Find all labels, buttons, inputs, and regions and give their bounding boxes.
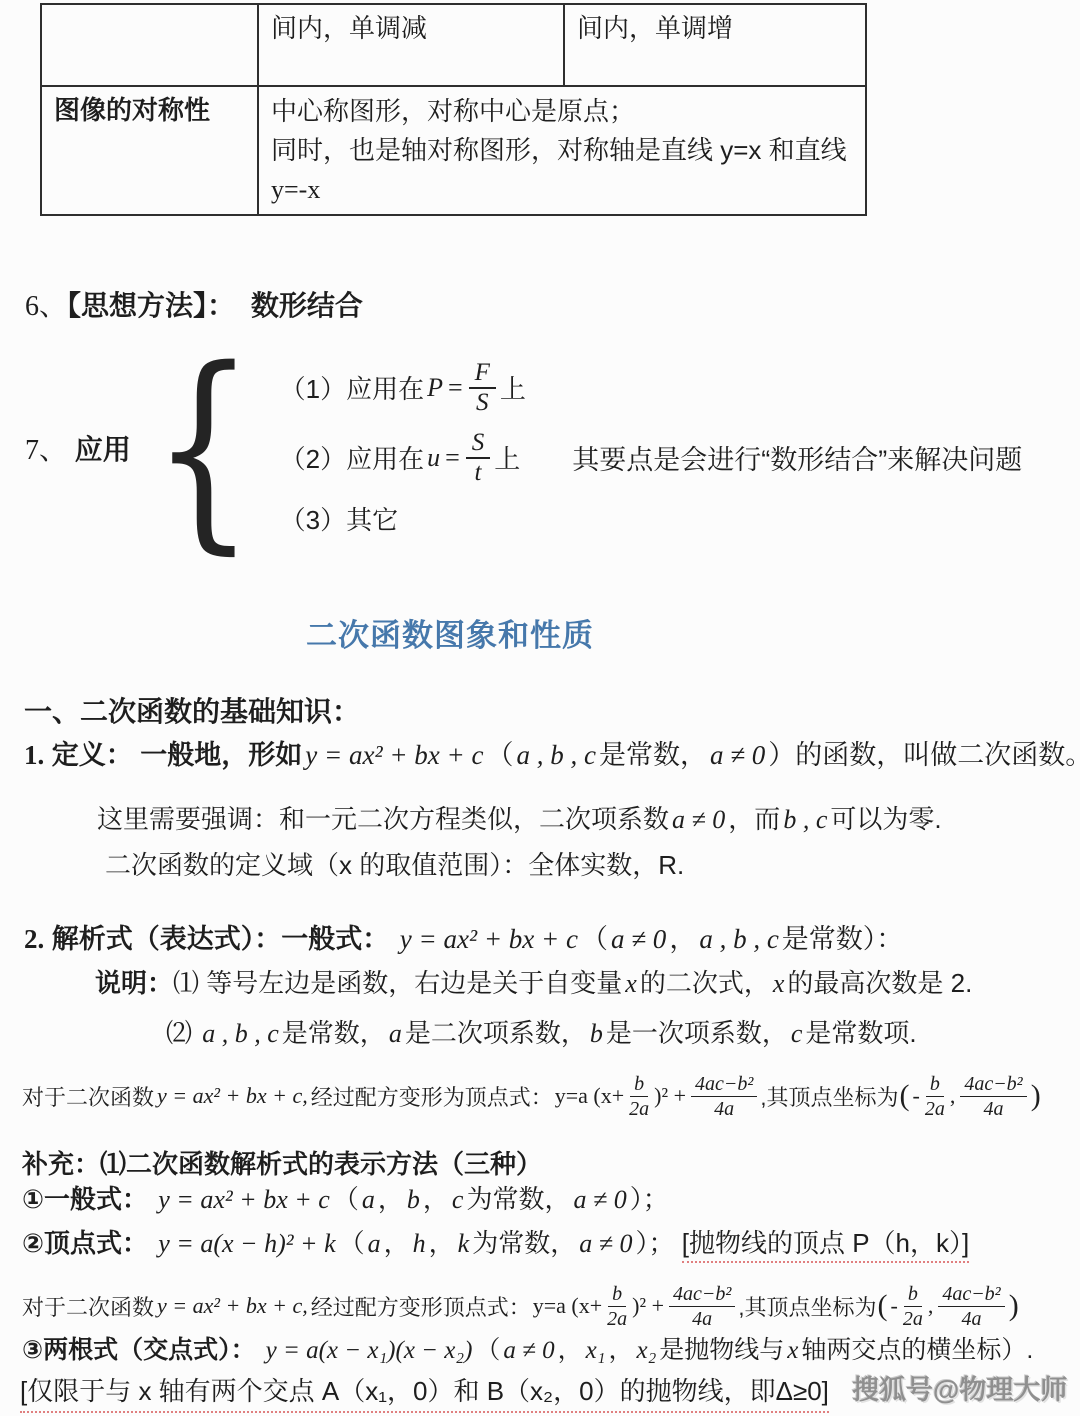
- g3-text-1: （: [475, 1336, 500, 1364]
- fraction-denominator: 2a: [629, 1097, 649, 1120]
- page-title: 二次函数图象和性质: [0, 610, 900, 655]
- left-brace: {: [152, 348, 255, 548]
- g1-formula: y = ax² + bx + c: [155, 1185, 333, 1214]
- g2-a: a: [365, 1229, 384, 1258]
- f1-text-2: 经过配方变形为顶点式：: [311, 1081, 553, 1112]
- def-text-3: 是常数，: [599, 740, 707, 770]
- fraction-denominator: 2a: [925, 1097, 945, 1120]
- fraction-numerator: F: [469, 360, 496, 389]
- explanation-line-2: ⑵ a , b , c是常数，a是二次项系数，b是一次项系数，c是常数项.: [166, 1013, 917, 1050]
- note1-text-2: 的二次式，: [640, 968, 770, 998]
- g1-b: b: [404, 1185, 423, 1214]
- g1-a: a: [359, 1185, 378, 1214]
- g2-label: ②顶点式：: [22, 1228, 148, 1258]
- fraction-numerator: b: [630, 1073, 648, 1097]
- fraction-denominator: 2a: [903, 1307, 923, 1330]
- g3-text-2: 是抛物线与: [659, 1336, 784, 1364]
- item2-text: （2）应用在: [280, 439, 424, 476]
- open-paren: (: [898, 1079, 910, 1113]
- item1-text: （1）应用在: [280, 369, 424, 406]
- g3-formula: y = a(x − x₁)(x − x₂): [263, 1337, 476, 1364]
- comma: ,: [926, 1293, 936, 1319]
- item2-note: 其要点是会进行“数形结合”来解决问题: [572, 438, 1022, 477]
- fraction-numerator: 4ac−b²: [960, 1073, 1026, 1097]
- section-7-number: 7、: [25, 435, 67, 466]
- note2-text-2: 是二次项系数，: [405, 1018, 587, 1048]
- properties-table: 间内，单调减 间内，单调增 图像的对称性 中心称图形，对称中心是原点； 同时，也…: [40, 3, 867, 216]
- f1-vertex-head: y=a (x+: [553, 1083, 626, 1109]
- f2-text-3: ,其顶点坐标为: [738, 1291, 876, 1322]
- fraction-numerator: b: [608, 1283, 626, 1307]
- emph-text-3: 可以为零.: [830, 804, 941, 834]
- f1-general-form: y = ax² + bx + c,: [154, 1083, 311, 1109]
- section-6-label: 【思想方法】：: [67, 290, 235, 321]
- item1-var: P: [424, 373, 446, 403]
- f2-vertex-head: y=a (x+: [531, 1293, 604, 1319]
- note1-label: 说明：: [95, 968, 173, 998]
- g3-x1: x₁: [583, 1337, 609, 1364]
- g1-text-2: 为常数，: [466, 1184, 570, 1214]
- explanation-line-1: 说明：⑴ 等号左边是函数，右边是关于自变量x的二次式，x的最高次数是 2.: [95, 963, 972, 1000]
- g2-a-neq-0: a ≠ 0: [576, 1229, 635, 1258]
- table-cell-monotonic-decrease: 间内，单调减: [258, 4, 564, 86]
- form-3-two-root: ③两根式（交点式）： y = a(x − x₁)(x − x₂)（a ≠ 0，x…: [22, 1330, 1033, 1366]
- note2-text-1: 是常数，: [282, 1018, 386, 1048]
- form-1-general: ①一般式： y = ax² + bx + c（a，b，c为常数，a ≠ 0）；: [22, 1179, 669, 1216]
- note2-a: a: [386, 1019, 405, 1048]
- f1-squared-plus: )² +: [652, 1083, 688, 1109]
- comma: ，: [429, 1228, 455, 1258]
- fraction-numerator: 4ac−b²: [938, 1283, 1004, 1307]
- f1-frac-b-2a: b2a: [629, 1073, 649, 1120]
- fraction-numerator: 4ac−b²: [669, 1283, 735, 1307]
- table-cell-symmetry-content: 中心称图形，对称中心是原点； 同时，也是轴对称图形，对称轴是直线 y=x 和直线…: [258, 86, 866, 215]
- emph-text-2: ，而: [728, 804, 780, 834]
- watermark: 搜狐号@物理大师: [852, 1368, 1067, 1407]
- emphasis-line: 这里需要强调：和一元二次方程类似，二次项系数a ≠ 0，而b , c可以为零.: [97, 799, 942, 836]
- item1-post: 上: [500, 369, 526, 406]
- g3-text-3: 轴两交点的横坐标）.: [801, 1336, 1033, 1364]
- form-2-vertex: ②顶点式： y = a(x − h)² + k（a，h，k为常数，a ≠ 0）；…: [22, 1223, 969, 1260]
- minus-sign: -: [910, 1083, 921, 1109]
- note1-text-3: 的最高次数是 2.: [787, 968, 972, 998]
- fraction-denominator: 4a: [984, 1097, 1004, 1120]
- comma: ，: [608, 1336, 633, 1364]
- sec2-formula: y = ax² + bx + c: [397, 924, 581, 954]
- emph-bc: b , c: [780, 805, 830, 834]
- g1-a-neq-0: a ≠ 0: [570, 1185, 629, 1214]
- sec2-label: 解析式（表达式）：一般式：: [52, 924, 390, 954]
- g2-vertex-note: [抛物线的顶点 P（h，k）]: [682, 1228, 969, 1263]
- section-6-number: 6、: [25, 291, 67, 322]
- vertex-formula-line-1: 对于二次函数y = ax² + bx + c,经过配方变形为顶点式： y=a (…: [22, 1054, 1042, 1138]
- f2-text-2: 经过配方变形顶点式：: [311, 1291, 531, 1322]
- g1-c: c: [449, 1185, 467, 1214]
- analytic-form-line: 2. 解析式（表达式）：一般式： y = ax² + bx + c（a ≠ 0，…: [24, 917, 903, 956]
- def-text-4: ）的函数，叫做二次函数。: [768, 740, 1080, 770]
- emph-a-neq-0: a ≠ 0: [669, 805, 728, 834]
- f2-squared-plus: )² +: [630, 1293, 666, 1319]
- note2-b: b: [587, 1019, 606, 1048]
- g2-text-1: （: [339, 1228, 365, 1258]
- section-7-label: 7、 应用: [25, 428, 131, 468]
- f2-general-form: y = ax² + bx + c,: [154, 1293, 311, 1319]
- fraction-denominator: S: [476, 389, 489, 416]
- fraction-numerator: b: [904, 1283, 922, 1307]
- comma: ，: [378, 1184, 404, 1214]
- f1-text-3: ,其顶点坐标为: [760, 1081, 898, 1112]
- f2-text-1: 对于二次函数: [22, 1291, 154, 1322]
- table-cell-monotonic-increase: 间内，单调增: [564, 4, 866, 86]
- g2-text-3: ）；: [636, 1228, 675, 1258]
- section-7-items: （1）应用在 P = F S 上 （2）应用在 u = S t 上 其要点是会进…: [280, 360, 1023, 537]
- item2-var: u: [424, 443, 443, 473]
- def-a-neq-0: a ≠ 0: [707, 740, 768, 770]
- supplement-heading: 补充：⑴二次函数解析式的表示方法（三种）: [22, 1144, 542, 1181]
- note2-text-4: 是常数项.: [805, 1018, 916, 1048]
- f1-coord-frac-2: 4ac−b²4a: [960, 1073, 1026, 1120]
- sec2-abc: a , b , c: [696, 924, 781, 954]
- f2-coord-frac-2: 4ac−b²4a: [938, 1283, 1004, 1330]
- close-paren: ): [1008, 1289, 1020, 1323]
- def-label: 定义：: [52, 740, 133, 770]
- item3-text: （3）其它: [280, 500, 398, 537]
- section-6-text: 数形结合: [251, 290, 363, 321]
- comma: ，: [384, 1228, 410, 1258]
- f1-frac-4ac-b2: 4ac−b²4a: [691, 1073, 757, 1120]
- close-paren: ): [1030, 1079, 1042, 1113]
- def-number: 1.: [24, 740, 44, 770]
- note2-c: c: [788, 1019, 806, 1048]
- two-intersection-note: [仅限于与 x 轴有两个交点 A（x₁，0）和 B（x₂，0）的抛物线，即Δ≥0…: [20, 1371, 829, 1413]
- sec2-text-1: （: [581, 924, 608, 954]
- note1-mark: ⑴: [173, 969, 199, 998]
- comma: ,: [948, 1083, 958, 1109]
- note2-mark: ⑵: [166, 1019, 192, 1048]
- sec2-number: 2.: [24, 924, 44, 954]
- domain-line: 二次函数的定义域（x 的取值范围）：全体实数，R.: [105, 845, 684, 882]
- fraction-numerator: S: [466, 430, 491, 459]
- sec2-text-3: 是常数）：: [782, 924, 904, 954]
- open-paren: (: [876, 1289, 888, 1323]
- g1-text-3: ）；: [630, 1184, 669, 1214]
- g3-x: x: [784, 1337, 801, 1364]
- sec2-a-neq-0: a ≠ 0: [608, 924, 669, 954]
- item1-equals: =: [446, 373, 465, 403]
- sec2-text-2: ，: [669, 924, 696, 954]
- table-cell-empty: [41, 4, 258, 86]
- section-6-line: 6、【思想方法】： 数形结合: [25, 284, 363, 324]
- item2-post: 上: [494, 439, 520, 476]
- g2-text-2: 为常数，: [472, 1228, 576, 1258]
- section-7-block: 7、 应用 { （1）应用在 P = F S 上 （2）应用在 u = S t …: [25, 348, 1022, 548]
- application-item-3: （3）其它: [280, 500, 1023, 537]
- fraction-denominator: 4a: [962, 1307, 982, 1330]
- g3-a-neq-0: a ≠ 0: [500, 1337, 557, 1364]
- section-one-heading: 一、二次函数的基础知识：: [24, 690, 360, 730]
- symmetry-line-1: 中心称图形，对称中心是原点；: [271, 92, 853, 131]
- item1-fraction: F S: [469, 360, 496, 416]
- table-row: 图像的对称性 中心称图形，对称中心是原点； 同时，也是轴对称图形，对称轴是直线 …: [41, 86, 866, 215]
- symmetry-line-2: 同时，也是轴对称图形，对称轴是直线 y=x 和直线: [271, 131, 853, 170]
- note1-x1: x: [622, 969, 640, 998]
- note2-text-3: 是一次项系数，: [606, 1018, 788, 1048]
- fraction-denominator: 2a: [607, 1307, 627, 1330]
- note2-abc: a , b , c: [199, 1019, 282, 1048]
- comma: ，: [558, 1336, 583, 1364]
- def-text-2: （: [486, 740, 513, 770]
- g3-x2: x₂: [633, 1337, 659, 1364]
- application-item-1: （1）应用在 P = F S 上: [280, 360, 1023, 416]
- g2-h: h: [410, 1229, 429, 1258]
- f2-frac-b-2a: b2a: [607, 1283, 627, 1330]
- symmetry-line-3: y=-x: [271, 170, 853, 209]
- f1-coord-frac-1: b2a: [925, 1073, 945, 1120]
- fraction-numerator: b: [926, 1073, 944, 1097]
- fraction-denominator: 4a: [714, 1097, 734, 1120]
- def-abc: a , b , c: [513, 740, 598, 770]
- section-7-title: 应用: [75, 434, 131, 465]
- definition-line: 1. 定义： 一般地，形如y = ax² + bx + c（a , b , c是…: [24, 733, 1080, 772]
- minus-sign: -: [888, 1293, 899, 1319]
- fraction-denominator: t: [475, 459, 482, 486]
- application-item-2: （2）应用在 u = S t 上 其要点是会进行“数形结合”来解决问题: [280, 430, 1023, 486]
- supp-text: ⑴二次函数解析式的表示方法（三种）: [100, 1149, 542, 1179]
- g3-label: ③两根式（交点式）：: [22, 1336, 256, 1364]
- def-formula: y = ax² + bx + c: [302, 740, 486, 770]
- fraction-numerator: 4ac−b²: [691, 1073, 757, 1097]
- g1-text-1: （: [333, 1184, 359, 1214]
- table-cell-symmetry-header: 图像的对称性: [41, 86, 258, 215]
- g1-label: ①一般式：: [22, 1184, 148, 1214]
- fraction-denominator: 4a: [692, 1307, 712, 1330]
- f2-coord-frac-1: b2a: [903, 1283, 923, 1330]
- g2-k: k: [455, 1229, 473, 1258]
- f1-text-1: 对于二次函数: [22, 1081, 154, 1112]
- comma: ，: [423, 1184, 449, 1214]
- g2-formula: y = a(x − h)² + k: [155, 1229, 338, 1258]
- table-row: 间内，单调减 间内，单调增: [41, 4, 866, 86]
- def-text-1: 一般地，形如: [140, 740, 302, 770]
- f2-frac-4ac-b2: 4ac−b²4a: [669, 1283, 735, 1330]
- item2-fraction: S t: [466, 430, 491, 486]
- emph-text-1: 这里需要强调：和一元二次方程类似，二次项系数: [97, 804, 669, 834]
- note1-x2: x: [770, 969, 788, 998]
- note1-text-1: 等号左边是函数，右边是关于自变量: [206, 968, 622, 998]
- supp-label: 补充：: [22, 1149, 100, 1179]
- item2-equals: =: [443, 443, 462, 473]
